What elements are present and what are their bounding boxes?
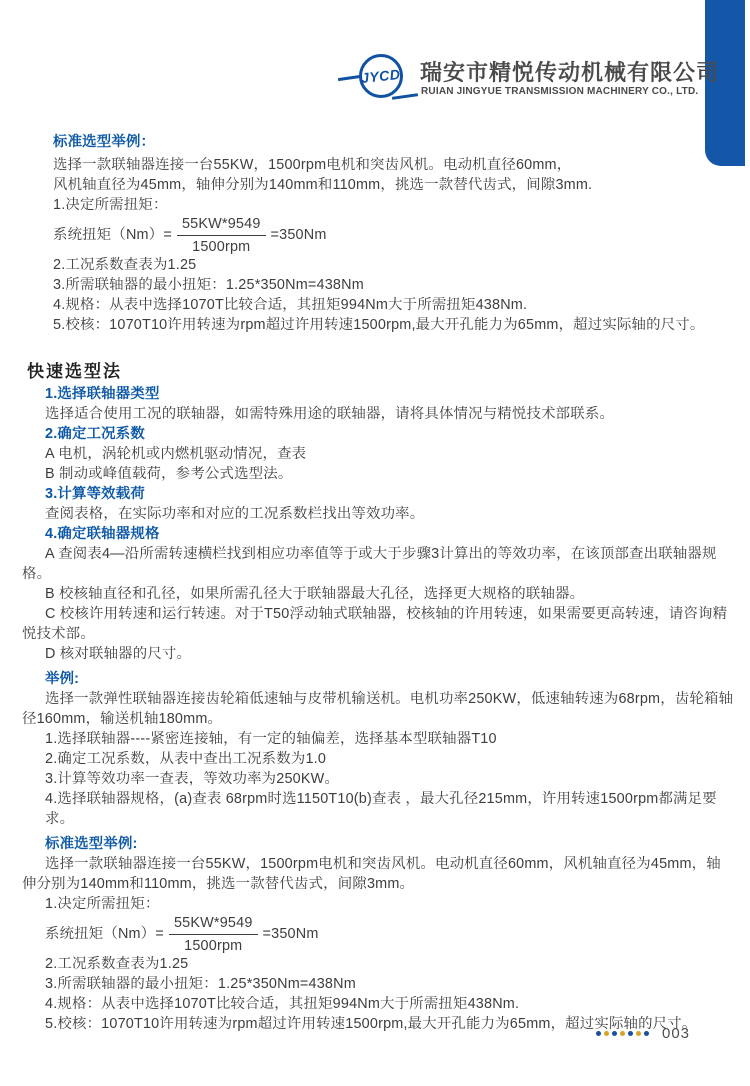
- section-heading: 标准选型举例:: [45, 834, 735, 854]
- formula-result: =350Nm: [271, 225, 327, 245]
- list-item: A 电机，涡轮机或内燃机驱动情况，查表: [45, 444, 735, 464]
- dot-icon: [612, 1031, 617, 1036]
- step-line: 4.规格：从表中选择1070T比较合适，其扭矩994Nm大于所需扭矩438Nm.: [53, 295, 743, 315]
- step-line: 2.确定工况系数，从表中查出工况系数为1.0: [45, 749, 735, 769]
- list-item: B 校核轴直径和孔径，如果所需孔径大于联轴器最大孔径，选择更大规格的联轴器。: [22, 584, 735, 604]
- body-line: 查阅表格，在实际功率和对应的工况系数栏找出等效功率。: [45, 504, 735, 524]
- decorative-dots: [596, 1031, 649, 1036]
- quick-selection-method: 1.选择联轴器类型 选择适合使用工况的联轴器，如需特殊用途的联轴器，请将具体情况…: [45, 384, 735, 1034]
- body-line: 选择适合使用工况的联轴器，如需特殊用途的联轴器，请将具体情况与精悦技术部联系。: [45, 404, 735, 424]
- step-line: 3.所需联轴器的最小扭矩：1.25*350Nm=438Nm: [53, 275, 743, 295]
- logo-stroke-right: [392, 93, 418, 100]
- formula-result: =350Nm: [263, 924, 319, 944]
- company-logo-icon: JYCD: [359, 54, 403, 98]
- subsection-heading: 2.确定工况系数: [45, 424, 735, 444]
- subsection-heading: 4.确定联轴器规格: [45, 524, 735, 544]
- section-heading: 标准选型举例：: [53, 132, 743, 152]
- body-line: 风机轴直径为45mm，轴伸分别为140mm和110mm，挑选一款替代齿式，间隙3…: [53, 175, 743, 195]
- dot-icon: [636, 1031, 641, 1036]
- dot-icon: [604, 1031, 609, 1036]
- step-line: 4.选择联轴器规格，(a)查表 68rpm时选1150T10(b)查表 ，最大孔…: [45, 789, 735, 829]
- step-line: 3.所需联轴器的最小扭矩：1.25*350Nm=438Nm: [45, 974, 735, 994]
- formula-prefix: 系统扭矩（Nm）=: [45, 924, 164, 944]
- section-heading: 举例:: [45, 669, 735, 689]
- page-title: 快速选型法: [27, 357, 122, 382]
- step-line: 4.规格：从表中选择1070T比较合适，其扭矩994Nm大于所需扭矩438Nm.: [45, 994, 735, 1014]
- step-line: 1.决定所需扭矩：: [45, 894, 735, 914]
- list-item: D 核对联轴器的尺寸。: [45, 644, 735, 664]
- dot-icon: [596, 1031, 601, 1036]
- paragraph: 选择一款联轴器连接一台55KW，1500rpm电机和突齿风机。电动机直径60mm…: [22, 854, 735, 894]
- fraction: 55KW*9549 1500rpm: [169, 913, 258, 956]
- dot-icon: [628, 1031, 633, 1036]
- torque-formula: 系统扭矩（Nm）= 55KW*9549 1500rpm =350Nm: [53, 215, 743, 255]
- subsection-heading: 1.选择联轴器类型: [45, 384, 735, 404]
- dot-icon: [620, 1031, 625, 1036]
- logo-text: JYCD: [361, 66, 402, 86]
- step-line: 3.计算等效功率一查表，等效功率为250KW。: [45, 769, 735, 789]
- torque-formula: 系统扭矩（Nm）= 55KW*9549 1500rpm =350Nm: [45, 914, 735, 954]
- fraction-numerator: 55KW*9549: [177, 214, 266, 236]
- fraction-denominator: 1500rpm: [169, 935, 258, 956]
- list-item: B 制动或峰值载荷，参考公式选型法。: [45, 464, 735, 484]
- list-item: A 查阅表4—沿所需转速横栏找到相应功率值等于或大于步骤3计算出的等效功率，在该…: [22, 544, 735, 584]
- list-item: C 校核许用转速和运行转速。对于T50浮动轴式联轴器，校核轴的许用转速，如果需要…: [22, 604, 735, 644]
- company-name-cn: 瑞安市精悦传动机械有限公司: [420, 56, 719, 87]
- body-line: 选择一款联轴器连接一台55KW，1500rpm电机和突齿风机。电动机直径60mm…: [53, 155, 743, 175]
- step-line: 2.工况系数查表为1.25: [45, 954, 735, 974]
- document-page: JYCD 瑞安市精悦传动机械有限公司 RUIAN JINGYUE TRANSMI…: [0, 0, 750, 1086]
- fraction-denominator: 1500rpm: [177, 236, 266, 257]
- company-name-en: RUIAN JINGYUE TRANSMISSION MACHINERY CO.…: [421, 86, 698, 97]
- page-number: 003: [662, 1025, 690, 1042]
- dot-icon: [644, 1031, 649, 1036]
- step-line: 5.校核：1070T10许用转速为rpm超过许用转速1500rpm,最大开孔能力…: [53, 315, 743, 335]
- step-line: 2.工况系数查表为1.25: [53, 255, 743, 275]
- fraction-numerator: 55KW*9549: [169, 913, 258, 935]
- formula-prefix: 系统扭矩（Nm）=: [53, 225, 172, 245]
- step-line: 1.决定所需扭矩：: [53, 195, 743, 215]
- standard-selection-example-top: 标准选型举例： 选择一款联轴器连接一台55KW，1500rpm电机和突齿风机。电…: [53, 132, 743, 335]
- subsection-heading: 3.计算等效载荷: [45, 484, 735, 504]
- paragraph: 选择一款弹性联轴器连接齿轮箱低速轴与皮带机输送机。电机功率250KW，低速轴转速…: [22, 689, 735, 729]
- fraction: 55KW*9549 1500rpm: [177, 214, 266, 257]
- page-footer: 003: [596, 1025, 690, 1042]
- step-line: 1.选择联轴器----紧密连接轴，有一定的轴偏差，选择基本型联轴器T10: [45, 729, 735, 749]
